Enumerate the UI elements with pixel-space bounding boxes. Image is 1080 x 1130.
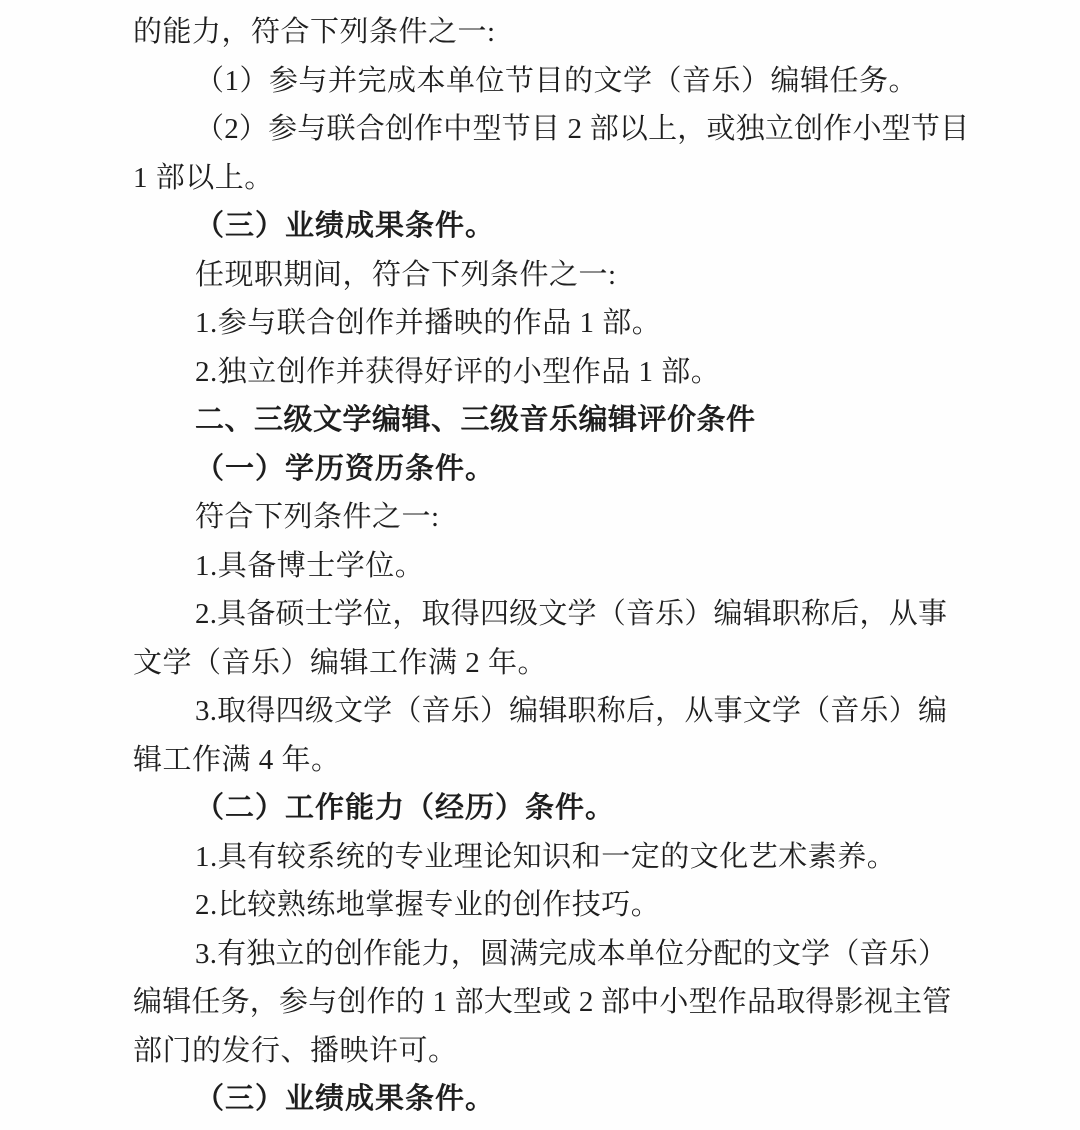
list-item: 3.取得四级文学（音乐）编辑职称后，从事文学（音乐）编 bbox=[133, 687, 948, 736]
heading-work-ability-criteria: （二）工作能力（经历）条件。 bbox=[133, 784, 948, 833]
body-line: 编辑任务，参与创作的 1 部大型或 2 部中小型作品取得影视主管 bbox=[133, 978, 948, 1027]
heading-level3-editor-criteria: 二、三级文学编辑、三级音乐编辑评价条件 bbox=[133, 396, 948, 445]
list-item: 1.参与联合创作并播映的作品 1 部。 bbox=[133, 299, 948, 348]
list-item: 1.具备博士学位。 bbox=[133, 542, 948, 591]
body-line: 任现职期间，符合下列条件之一: bbox=[133, 251, 948, 300]
body-line: 符合下列条件之一: bbox=[133, 493, 948, 542]
document-text-block: 的能力，符合下列条件之一: （1）参与并完成本单位节目的文学（音乐）编辑任务。 … bbox=[133, 8, 948, 1124]
list-item: 2.具备硕士学位，取得四级文学（音乐）编辑职称后，从事 bbox=[133, 590, 948, 639]
document-page: 的能力，符合下列条件之一: （1）参与并完成本单位节目的文学（音乐）编辑任务。 … bbox=[0, 0, 1080, 1130]
heading-education-criteria: （一）学历资历条件。 bbox=[133, 445, 948, 494]
body-line: （2）参与联合创作中型节目 2 部以上，或独立创作小型节目 bbox=[133, 105, 948, 154]
heading-performance-criteria: （三）业绩成果条件。 bbox=[133, 202, 948, 251]
heading-performance-criteria-2: （三）业绩成果条件。 bbox=[133, 1075, 948, 1124]
body-line: 文学（音乐）编辑工作满 2 年。 bbox=[133, 639, 948, 688]
body-line: 的能力，符合下列条件之一: bbox=[133, 8, 948, 57]
list-item: 2.比较熟练地掌握专业的创作技巧。 bbox=[133, 881, 948, 930]
list-item: 1.具有较系统的专业理论知识和一定的文化艺术素养。 bbox=[133, 833, 948, 882]
body-line: 辑工作满 4 年。 bbox=[133, 736, 948, 785]
body-line: （1）参与并完成本单位节目的文学（音乐）编辑任务。 bbox=[133, 57, 948, 106]
body-line: 部门的发行、播映许可。 bbox=[133, 1027, 948, 1076]
list-item: 2.独立创作并获得好评的小型作品 1 部。 bbox=[133, 348, 948, 397]
body-line: 1 部以上。 bbox=[133, 154, 948, 203]
list-item: 3.有独立的创作能力，圆满完成本单位分配的文学（音乐） bbox=[133, 930, 948, 979]
